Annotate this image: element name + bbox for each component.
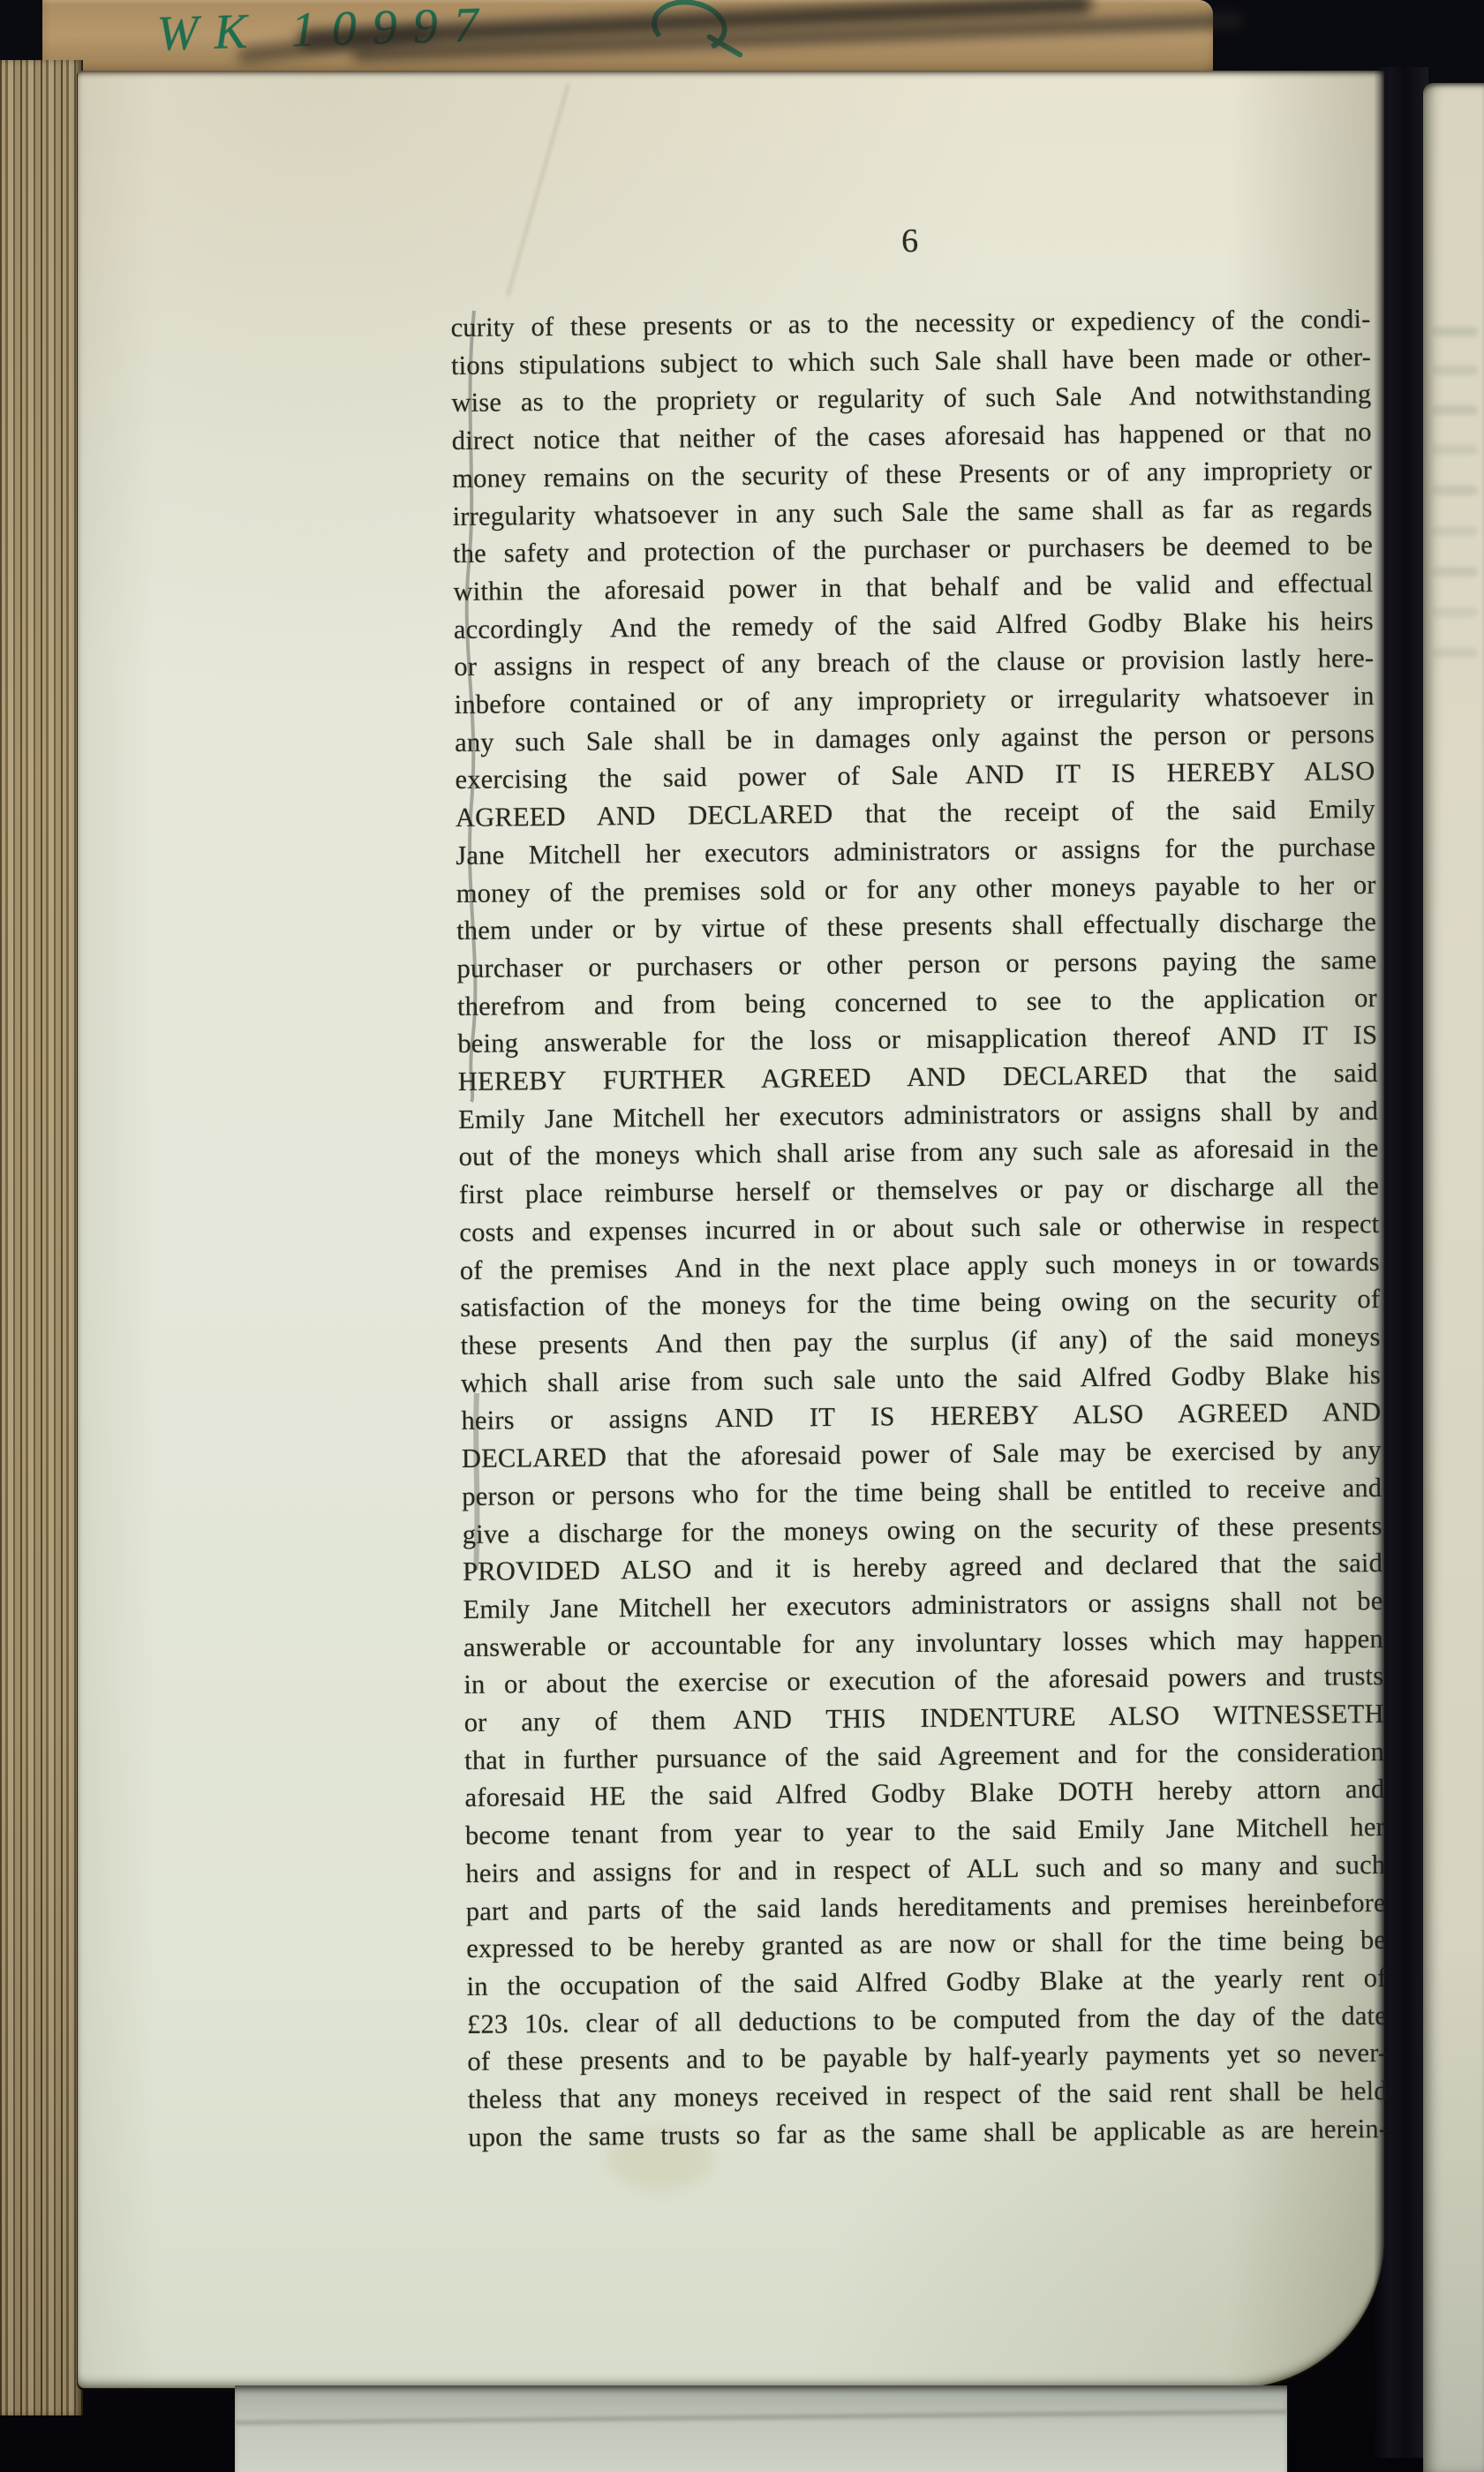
ghost-text-line — [1430, 445, 1478, 455]
top-board: WK 10997 — [42, 0, 1213, 79]
book-scan-photo: WK 10997 6 curity of these presents or a… — [0, 0, 1484, 2472]
page-gutter — [1374, 67, 1428, 2458]
text-line: upon the same trusts so far as the same … — [468, 2110, 1388, 2157]
book-page: 6 curity of these presents or as to the … — [78, 71, 1384, 2388]
sheet-crease — [235, 2410, 1287, 2424]
handwritten-annotation: WK 10997 — [156, 0, 829, 82]
page-edge-stack — [0, 60, 83, 2415]
loose-sheet-bottom — [235, 2385, 1287, 2472]
facing-page-edge — [1423, 83, 1484, 2472]
page-content: 6 curity of these presents or as to the … — [450, 219, 1389, 2156]
ghost-text-line — [1430, 405, 1478, 415]
ghost-text-line — [1430, 366, 1478, 375]
ghost-text-line — [1430, 526, 1478, 536]
ghost-text-line — [1430, 567, 1478, 577]
ghost-text-line — [1430, 327, 1478, 336]
ghost-text-line — [1430, 607, 1478, 617]
ghost-text-line — [1430, 648, 1478, 658]
legal-text-body: curity of these presents or as to the ne… — [450, 300, 1388, 2156]
ghost-text-line — [1430, 486, 1478, 495]
page-number: 6 — [450, 219, 1370, 263]
